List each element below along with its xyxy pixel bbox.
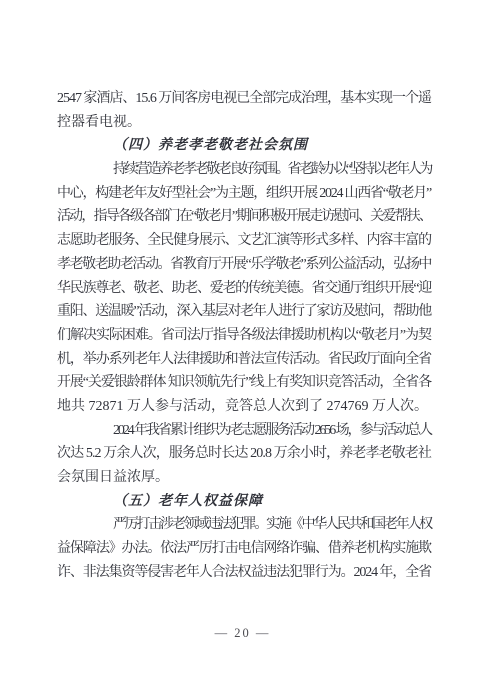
text-line: 开展“关爱银龄群体 知识领航先行”线上有奖知识竞答活动，全省各 [57, 371, 431, 395]
document-page: 2547 家酒店、15.6 万间客房电视已全部完成治理，基本实现一个遥控器看电视… [0, 0, 485, 686]
text-line: 次达 5.2 万余人次，服务总时长达 20.8 万余小时，养老孝老敬老社 [57, 442, 431, 466]
section-heading: （五）老年人权益保障 [57, 490, 431, 514]
page-number: — 20 — [0, 626, 485, 641]
text-line: 机，举办系列老年人法律援助和普法宣传活动。省民政厅面向全省 [57, 348, 431, 372]
text-line: 们解决实际困难。省司法厅指导各级法律援助机构以“敬老月”为契 [57, 324, 431, 348]
text-line: 严厉打击涉老领域违法犯罪。实施《中华人民共和国老年人权 [57, 513, 431, 537]
text-line: 持续营造养老孝老敬老良好氛围。省老龄办以“坚持以老年人为 [57, 158, 431, 182]
section-heading: （四）养老孝老敬老社会氛围 [57, 134, 431, 158]
document-body: 2547 家酒店、15.6 万间客房电视已全部完成治理，基本实现一个遥控器看电视… [57, 87, 431, 584]
text-line: 控器看电视。 [57, 111, 431, 135]
text-line: 华民族尊老、敬老、助老、爱老的传统美德。省交通厅组织开展“迎 [57, 277, 431, 301]
text-line: 诈、非法集资等侵害老年人合法权益违法犯罪行为。2024 年，全省 [57, 561, 431, 585]
text-line: 志愿助老服务、全民健身展示、文艺汇演等形式多样、内容丰富的 [57, 229, 431, 253]
text-line: 2024 年我省累计组织为老志愿服务活动 2656 场，参与活动总人 [57, 419, 431, 443]
text-line: 孝老敬老助老活动。省教育厅开展“乐学敬老”系列公益活动，弘扬中 [57, 253, 431, 277]
text-line: 重阳、送温暖”活动，深入基层对老年人进行了家访及慰问，帮助他 [57, 300, 431, 324]
text-line: 会氛围日益浓厚。 [57, 466, 431, 490]
text-line: 活动，指导各级各部门在“敬老月”期间积极开展走访慰问、关爱帮扶、 [57, 205, 431, 229]
text-line: 地共 72871 万人参与活动，竞答总人次到了 274769 万人次。 [57, 395, 431, 419]
text-line: 中心，构建老年友好型社会”为主题，组织开展 2024 山西省“敬老月” [57, 182, 431, 206]
text-line: 2547 家酒店、15.6 万间客房电视已全部完成治理，基本实现一个遥 [57, 87, 431, 111]
text-line: 益保障法》办法。依法严厉打击电信网络诈骗、借养老机构实施欺 [57, 537, 431, 561]
